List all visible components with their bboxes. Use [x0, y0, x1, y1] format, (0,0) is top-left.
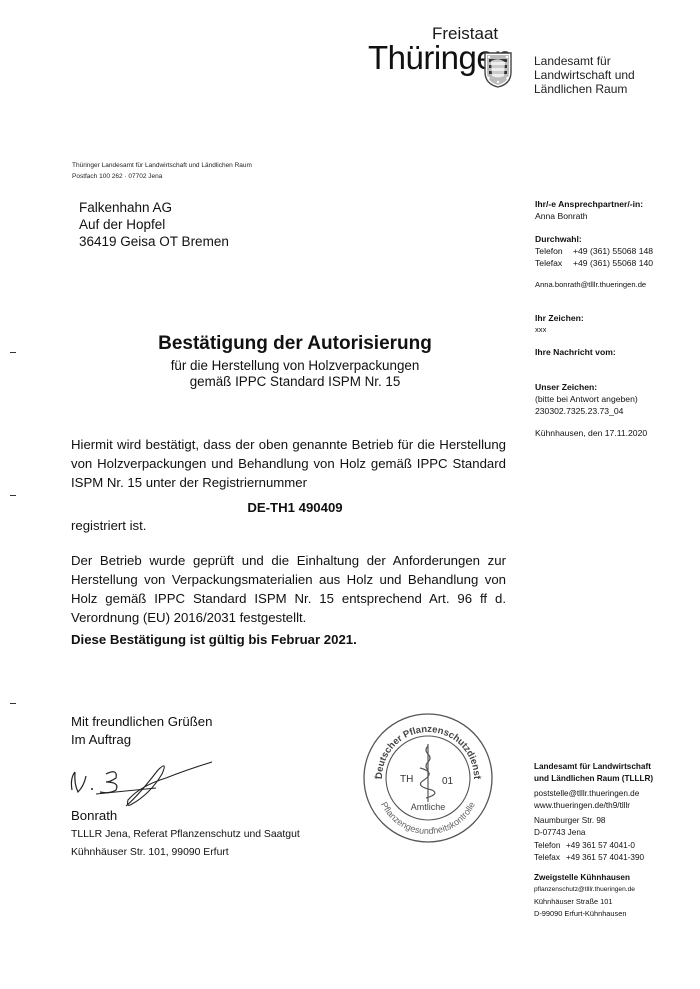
closing: Mit freundlichen Grüßen Im Auftrag [71, 713, 212, 749]
subtitle-line: für die Herstellung von Holzverpackungen [0, 358, 590, 374]
fax-label: Telefax [535, 257, 573, 269]
branch-email[interactable]: pflanzenschutz@tlllr.thueringen.de [534, 884, 635, 896]
on-behalf: Im Auftrag [71, 731, 212, 749]
your-ref-label: Ihr Zeichen: [535, 313, 584, 323]
footer-phone-label: Telefon [534, 840, 566, 852]
confirmation-paragraph: Hiermit wird bestätigt, dass der oben ge… [71, 435, 506, 492]
contact-email[interactable]: Anna.bonrath@tlllr.thueringen.de [535, 279, 646, 291]
phone-row: Telefon +49 (361) 55068 148 [535, 245, 653, 257]
signature-icon [66, 756, 226, 812]
footer-phone-value: +49 361 57 4041-0 [566, 841, 635, 850]
footer-address: Naumburger Str. 98 D-07743 Jena [534, 815, 605, 839]
fax-row: Telefax +49 (361) 55068 140 [535, 257, 653, 269]
footer-website[interactable]: www.thueringen.de/th9/tlllr [534, 800, 639, 812]
footer-email[interactable]: poststelle@tlllr.thueringen.de [534, 788, 639, 800]
agency-line: Ländlichen Raum [534, 82, 635, 96]
direct-dial-label: Durchwahl: [535, 234, 582, 244]
footer-city: D-07743 Jena [534, 827, 605, 839]
coat-of-arms-icon [484, 52, 512, 88]
sender-address: Thüringer Landesamt für Landwirtschaft u… [72, 160, 252, 182]
footer-org: Landesamt für Landwirtschaft und Ländlic… [534, 761, 653, 785]
sender-line: Postfach 100 262 · 07702 Jena [72, 171, 252, 182]
department-address: Kühnhäuser Str. 101, 99090 Erfurt [71, 844, 300, 862]
recipient-street: Auf der Hopfel [79, 216, 229, 233]
footer-org-line: Landesamt für Landwirtschaft [534, 762, 651, 771]
agency-line: Landwirtschaft und [534, 68, 635, 82]
footer-street: Naumburger Str. 98 [534, 815, 605, 827]
registration-number: DE-TH1 490409 [0, 500, 590, 515]
fold-mark [10, 352, 16, 353]
stamp-left-code: TH [400, 774, 413, 785]
contact-block: Ihr/-e Ansprechpartner/-in: Anna Bonrath… [535, 198, 653, 269]
branch-label: Zweigstelle Kühnhausen [534, 873, 630, 882]
document-subtitle: für die Herstellung von Holzverpackungen… [0, 358, 590, 390]
our-ref-note: (bitte bei Antwort angeben) [535, 393, 638, 405]
stamp-right-code: 01 [442, 776, 454, 787]
branch-street: Kühnhäuser Straße 101 [534, 896, 635, 908]
inspection-paragraph: Der Betrieb wurde geprüft und die Einhal… [71, 551, 506, 627]
subtitle-line: gemäß IPPC Standard ISPM Nr. 15 [0, 374, 590, 390]
contact-name: Anna Bonrath [535, 210, 653, 222]
phone-value: +49 (361) 55068 148 [573, 245, 653, 257]
footer-fax-value: +49 361 57 4041-390 [566, 853, 644, 862]
document-title: Bestätigung der Autorisierung [0, 333, 590, 355]
greeting: Mit freundlichen Grüßen [71, 713, 212, 731]
department: TLLLR Jena, Referat Pflanzenschutz und S… [71, 826, 300, 844]
fold-mark [10, 495, 16, 496]
sender-line: Thüringer Landesamt für Landwirtschaft u… [72, 160, 252, 171]
contact-label: Ihr/-e Ansprechpartner/-in: [535, 199, 643, 209]
branch-city: D-99090 Erfurt-Kühnhausen [534, 908, 635, 920]
agency-line: Landesamt für [534, 54, 635, 68]
footer-contact: poststelle@tlllr.thueringen.de www.thuer… [534, 788, 639, 812]
footer-branch: Zweigstelle Kühnhausen pflanzenschutz@tl… [534, 872, 635, 920]
fold-mark [10, 703, 16, 704]
wheat-staff-icon [420, 744, 435, 802]
footer-fax-label: Telefax [534, 852, 566, 864]
signer-department: TLLLR Jena, Referat Pflanzenschutz und S… [71, 826, 300, 862]
footer-org-line: und Ländlichen Raum (TLLLR) [534, 774, 653, 783]
official-stamp: Deutscher Pflanzenschutzdienst Pflanzeng… [360, 710, 496, 846]
agency-name: Landesamt für Landwirtschaft und Ländlic… [534, 54, 635, 96]
svg-text:*: * [478, 774, 482, 784]
stamp-inner-text: Amtliche [411, 802, 446, 812]
our-ref-value: 230302.7325.23.73_04 [535, 405, 638, 417]
validity-statement: Diese Bestätigung ist gültig bis Februar… [71, 632, 357, 647]
recipient-address: Falkenhahn AG Auf der Hopfel 36419 Geisa… [79, 199, 229, 250]
signer-name: Bonrath [71, 808, 117, 823]
recipient-city: 36419 Geisa OT Bremen [79, 233, 229, 250]
fax-value: +49 (361) 55068 140 [573, 257, 653, 269]
footer-phone: Telefon+49 361 57 4041-0 Telefax+49 361 … [534, 840, 644, 864]
recipient-name: Falkenhahn AG [79, 199, 229, 216]
registered-text: registriert ist. [71, 518, 146, 533]
phone-label: Telefon [535, 245, 573, 257]
svg-text:*: * [374, 774, 378, 784]
place-date: Kühnhausen, den 17.11.2020 [535, 427, 647, 439]
